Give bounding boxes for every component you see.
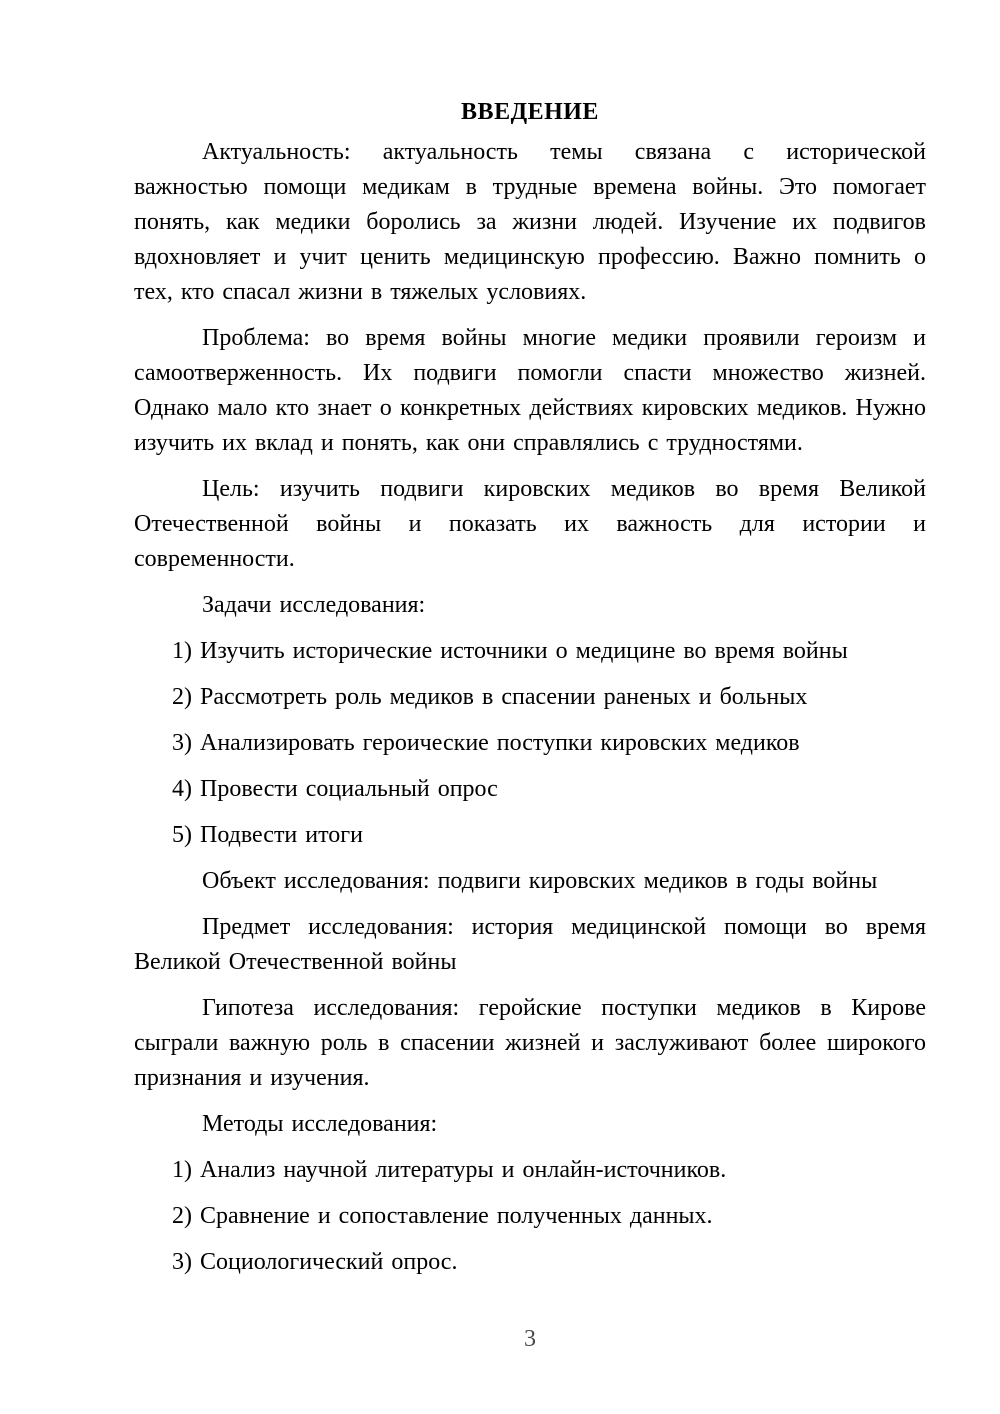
task-item-3: 3) Анализировать героические поступки ки…: [134, 726, 926, 761]
method-item-3: 3) Социологический опрос.: [134, 1245, 926, 1280]
methods-heading: Методы исследования:: [134, 1107, 926, 1142]
paragraph-problema: Проблема: во время войны многие медики п…: [134, 321, 926, 461]
method-item-2: 2) Сравнение и сопоставление полученных …: [134, 1199, 926, 1234]
paragraph-gipoteza: Гипотеза исследования: геройские поступк…: [134, 991, 926, 1096]
tasks-heading: Задачи исследования:: [134, 588, 926, 623]
page-number: 3: [134, 1322, 926, 1357]
paragraph-tsel: Цель: изучить подвиги кировских медиков …: [134, 472, 926, 577]
task-item-5: 5) Подвести итоги: [134, 818, 926, 853]
task-item-4: 4) Провести социальный опрос: [134, 772, 926, 807]
task-item-1: 1) Изучить исторические источники о меди…: [134, 634, 926, 669]
paragraph-obekt: Объект исследования: подвиги кировских м…: [134, 864, 926, 899]
paragraph-aktualnost: Актуальность: актуальность темы связана …: [134, 135, 926, 310]
paragraph-predmet: Предмет исследования: история медицинско…: [134, 910, 926, 980]
method-item-1: 1) Анализ научной литературы и онлайн-ис…: [134, 1153, 926, 1188]
document-page: ВВЕДЕНИЕ Актуальность: актуальность темы…: [0, 0, 1000, 1414]
page-title: ВВЕДЕНИЕ: [134, 95, 926, 130]
task-item-2: 2) Рассмотреть роль медиков в спасении р…: [134, 680, 926, 715]
